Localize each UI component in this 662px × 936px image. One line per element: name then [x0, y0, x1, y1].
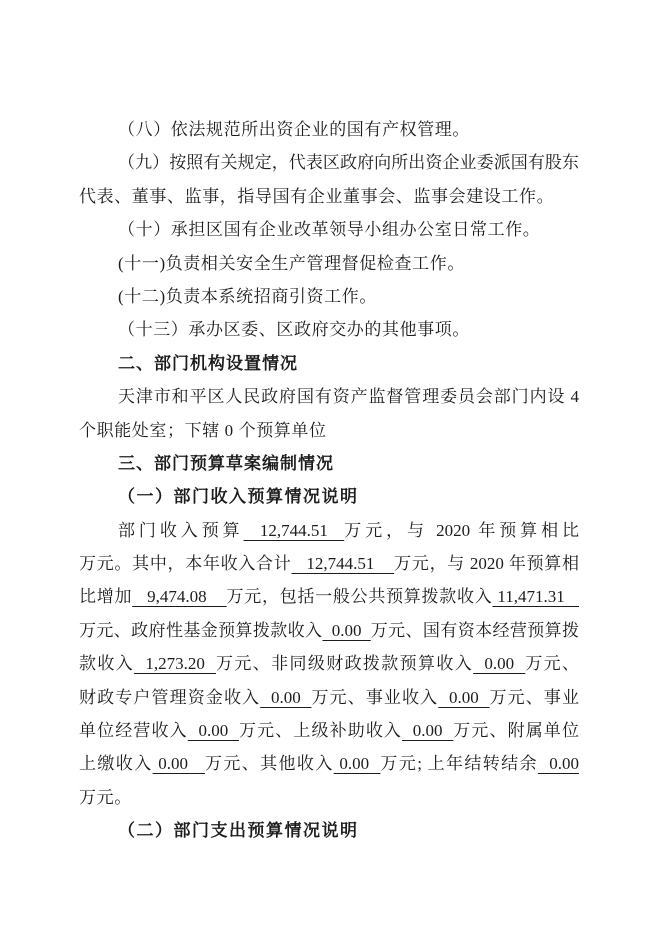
underlined-value: 0.00: [153, 754, 205, 773]
text-segment: 款收入: [79, 654, 134, 673]
text-segment: （十）承担区国有企业改革领导小组办公室日常工作。: [118, 220, 540, 239]
text-segment: 天津市和平区人民政府国有资产监督管理委员会部门内设 4: [118, 387, 579, 406]
text-segment: （十三）承办区委、区政府交办的其他事项。: [118, 320, 470, 339]
doc-line: 上缴收入 0.00 万元、其他收入 0.00 万元; 上年结转结余 0.00: [79, 747, 579, 780]
doc-line: （十）承担区国有企业改革领导小组办公室日常工作。: [79, 213, 579, 246]
heading-line: （二）部门支出预算情况说明: [79, 814, 579, 847]
underlined-value: 0.00: [402, 721, 453, 740]
text-segment: (十二)负责本系统招商引资工作。: [118, 287, 377, 306]
text-segment: 财政专户管理资金收入: [79, 688, 260, 707]
text-segment: 比增加: [79, 587, 132, 606]
text-segment: 万元、事业收入: [311, 688, 438, 707]
underlined-value: 12,744.51: [291, 554, 394, 573]
text-segment: 二、部门机构设置情况: [118, 354, 298, 373]
text-segment: 部门收入预算: [118, 521, 244, 540]
text-segment: 万元、附属单位: [453, 721, 579, 740]
underlined-value: 0.00: [538, 754, 579, 773]
text-segment: 万元。: [79, 788, 132, 807]
text-segment: 代表、董事、监事，指导国有企业董事会、监事会建设工作。: [79, 187, 554, 206]
text-segment: 万元，与 2020 年预算相: [394, 554, 579, 573]
doc-line: （九）按照有关规定，代表区政府向所出资企业委派国有股东: [79, 146, 579, 179]
text-segment: 万元、上级补助收入: [239, 721, 402, 740]
doc-line: (十二)负责本系统招商引资工作。: [79, 280, 579, 313]
document-page: （八）依法规范所出资企业的国有产权管理。（九）按照有关规定，代表区政府向所出资企…: [0, 0, 662, 936]
doc-line: 天津市和平区人民政府国有资产监督管理委员会部门内设 4: [79, 380, 579, 413]
doc-line: 单位经营收入 0.00 万元、上级补助收入 0.00 万元、附属单位: [79, 714, 579, 747]
doc-line: （八）依法规范所出资企业的国有产权管理。: [79, 113, 579, 146]
doc-line: 款收入 1,273.20 万元、非同级财政拨款预算收入 0.00 万元、: [79, 647, 579, 680]
text-segment: (十一)负责相关安全生产管理督促检查工作。: [118, 254, 465, 273]
text-segment: 万元、事业: [490, 688, 579, 707]
doc-line: （十三）承办区委、区政府交办的其他事项。: [79, 313, 579, 346]
underlined-value: 0.00: [334, 754, 381, 773]
underlined-value: 1,273.20: [134, 654, 216, 673]
text-segment: （八）依法规范所出资企业的国有产权管理。: [118, 120, 470, 139]
text-segment: 万元，包括一般公共预算拨款收入: [227, 587, 493, 606]
text-segment: 万元、非同级财政拨款预算收入: [216, 654, 473, 673]
doc-line: 代表、董事、监事，指导国有企业董事会、监事会建设工作。: [79, 180, 579, 213]
text-segment: 万元、: [525, 654, 579, 673]
doc-line: 个职能处室；下辖 0 个预算单位: [79, 414, 579, 447]
underlined-value: 0.00: [473, 654, 525, 673]
doc-line: 万元。其中，本年收入合计 12,744.51 万元，与 2020 年预算相: [79, 547, 579, 580]
text-segment: （一）部门收入预算情况说明: [118, 487, 359, 506]
doc-line: 财政专户管理资金收入 0.00 万元、事业收入 0.00 万元、事业: [79, 681, 579, 714]
underlined-value: 0.00: [438, 688, 489, 707]
text-segment: （二）部门支出预算情况说明: [118, 821, 359, 840]
heading-line: 三、部门预算草案编制情况: [79, 447, 579, 480]
doc-line: 部门收入预算 12,744.51 万元，与 2020 年预算相比增 9,474.…: [79, 514, 579, 547]
text-segment: 万元、其他收入: [205, 754, 334, 773]
underlined-value: 9,474.08: [132, 587, 226, 606]
underlined-value: 0.00: [260, 688, 311, 707]
text-segment: 上缴收入: [79, 754, 153, 773]
text-segment: （九）按照有关规定，代表区政府向所出资企业委派国有股东: [118, 153, 579, 172]
text-segment: 单位经营收入: [79, 721, 188, 740]
document-content: （八）依法规范所出资企业的国有产权管理。（九）按照有关规定，代表区政府向所出资企…: [79, 113, 579, 848]
doc-line: (十一)负责相关安全生产管理督促检查工作。: [79, 247, 579, 280]
text-segment: 万元。其中，本年收入合计: [79, 554, 291, 573]
heading-line: 二、部门机构设置情况: [79, 347, 579, 380]
underlined-value: 0.00: [322, 621, 370, 640]
heading-line: （一）部门收入预算情况说明: [79, 480, 579, 513]
underlined-value: 11,471.31: [492, 587, 579, 606]
text-segment: 万元; 上年结转结余: [380, 754, 538, 773]
text-segment: 万元、政府性基金预算拨款收入: [79, 621, 322, 640]
underlined-value: 12,744.51: [244, 521, 345, 540]
text-segment: 个职能处室；下辖 0 个预算单位: [79, 421, 327, 440]
doc-line: 万元、政府性基金预算拨款收入 0.00 万元、国有资本经营预算拨: [79, 614, 579, 647]
doc-line: 万元。: [79, 781, 579, 814]
doc-line: 比增加 9,474.08 万元，包括一般公共预算拨款收入 11,471.31: [79, 580, 579, 613]
underlined-value: 0.00: [188, 721, 239, 740]
text-segment: 万元、国有资本经营预算拨: [371, 621, 579, 640]
text-segment: 三、部门预算草案编制情况: [118, 454, 334, 473]
